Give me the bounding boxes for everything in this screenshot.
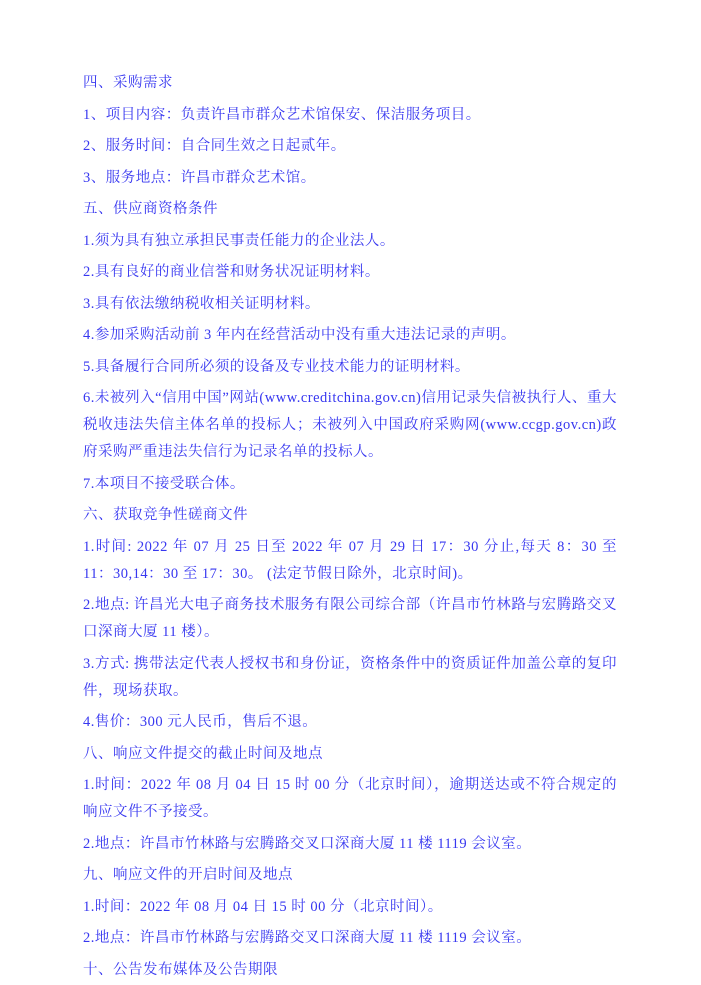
document-paragraph: 3.方式: 携带法定代表人授权书和身份证，资格条件中的资质证件加盖公章的复印件，… (83, 651, 617, 705)
document-paragraph: 1.时间: 2022 年 07 月 25 日至 2022 年 07 月 29 日… (83, 534, 617, 588)
document-paragraph: 2.地点：许昌市竹林路与宏腾路交叉口深商大厦 11 楼 1119 会议室。 (83, 925, 617, 952)
document-section: 四、采购需求1、项目内容：负责许昌市群众艺术馆保安、保洁服务项目。2、服务时间：… (83, 70, 617, 192)
document-section: 八、响应文件提交的截止时间及地点1.时间：2022 年 08 月 04 日 15… (83, 741, 617, 858)
document-section: 五、供应商资格条件1.须为具有独立承担民事责任能力的企业法人。2.具有良好的商业… (83, 196, 617, 498)
document-paragraph: 2.具有良好的商业信誉和财务状况证明材料。 (83, 259, 617, 286)
document-section: 六、获取竞争性磋商文件1.时间: 2022 年 07 月 25 日至 2022 … (83, 502, 617, 736)
document-paragraph: 2.地点：许昌市竹林路与宏腾路交叉口深商大厦 11 楼 1119 会议室。 (83, 831, 617, 858)
document-paragraph: 4.售价：300 元人民币，售后不退。 (83, 709, 617, 736)
document-paragraph: 1.时间：2022 年 08 月 04 日 15 时 00 分（北京时间）。 (83, 894, 617, 921)
document-paragraph: 3.具有依法缴纳税收相关证明材料。 (83, 291, 617, 318)
section-heading: 五、供应商资格条件 (83, 196, 617, 223)
document-paragraph: 1、项目内容：负责许昌市群众艺术馆保安、保洁服务项目。 (83, 102, 617, 129)
section-heading: 六、获取竞争性磋商文件 (83, 502, 617, 529)
document-body: 四、采购需求1、项目内容：负责许昌市群众艺术馆保安、保洁服务项目。2、服务时间：… (83, 70, 617, 984)
section-heading: 八、响应文件提交的截止时间及地点 (83, 741, 617, 768)
document-section: 九、响应文件的开启时间及地点1.时间：2022 年 08 月 04 日 15 时… (83, 862, 617, 952)
document-paragraph: 5.具备履行合同所必须的设备及专业技术能力的证明材料。 (83, 354, 617, 381)
section-heading: 十、公告发布媒体及公告期限 (83, 957, 617, 984)
section-heading: 九、响应文件的开启时间及地点 (83, 862, 617, 889)
document-paragraph: 7.本项目不接受联合体。 (83, 471, 617, 498)
document-paragraph: 2.地点: 许昌光大电子商务技术服务有限公司综合部（许昌市竹林路与宏腾路交叉口深… (83, 592, 617, 646)
document-page: 四、采购需求1、项目内容：负责许昌市群众艺术馆保安、保洁服务项目。2、服务时间：… (0, 0, 701, 985)
document-paragraph: 2、服务时间：自合同生效之日起贰年。 (83, 133, 617, 160)
document-paragraph: 6.未被列入“信用中国”网站(www.creditchina.gov.cn)信用… (83, 385, 617, 466)
document-paragraph: 3、服务地点：许昌市群众艺术馆。 (83, 165, 617, 192)
document-section: 十、公告发布媒体及公告期限 (83, 957, 617, 984)
document-paragraph: 4.参加采购活动前 3 年内在经营活动中没有重大违法记录的声明。 (83, 322, 617, 349)
document-paragraph: 1.时间：2022 年 08 月 04 日 15 时 00 分（北京时间），逾期… (83, 772, 617, 826)
document-paragraph: 1.须为具有独立承担民事责任能力的企业法人。 (83, 228, 617, 255)
section-heading: 四、采购需求 (83, 70, 617, 97)
